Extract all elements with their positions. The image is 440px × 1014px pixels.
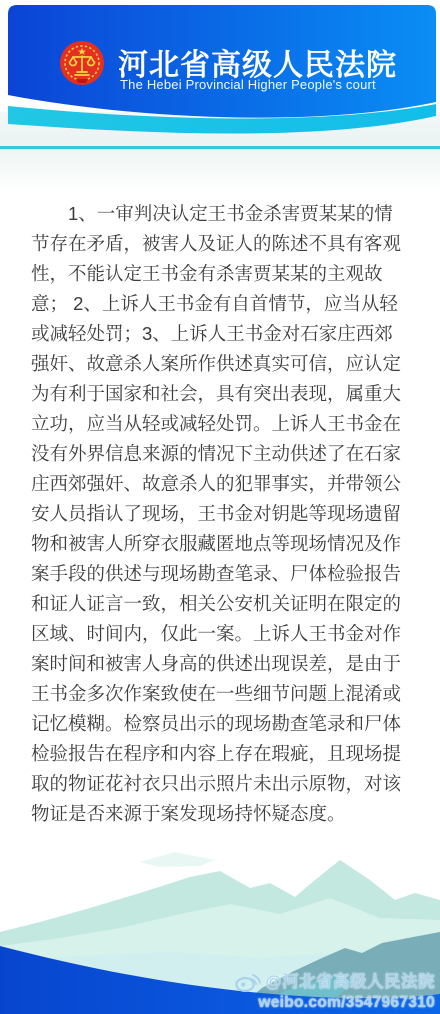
paragraph-line: 案手段的供述与现场勘查笔录、尸体检验报告 (31, 559, 427, 589)
paragraph-line: 1、一审判决认定王书金杀害贾某某的情 (31, 199, 427, 229)
paragraph-line: 庄西郊强奸、故意杀人的犯罪事实，并带领公 (31, 469, 427, 499)
paragraph-line: 为有利于国家和社会，具有突出表现，属重大 (31, 379, 427, 409)
announcement-paragraph: 1、一审判决认定王书金杀害贾某某的情 节存在矛盾，被害人及证人的陈述不具有客观 … (31, 199, 427, 829)
header-fade (0, 149, 440, 197)
weibo-watermark: @河北省高级人民法院 weibo.com/3547967310 (235, 972, 435, 1012)
paragraph-line: 节存在矛盾，被害人及证人的陈述不具有客观 (31, 229, 427, 259)
distant-ridge (140, 852, 215, 867)
watermark-handle: @河北省高级人民法院 (265, 973, 435, 992)
paragraph-line: 物证是否来源于案发现场持怀疑态度。 (31, 799, 427, 829)
court-emblem-icon (58, 39, 106, 87)
court-subtitle: The Hebei Provincial Higher People's cou… (120, 77, 430, 92)
paragraph-line: 没有外界信息来源的情况下主动供述了在石家 (31, 439, 427, 469)
paragraph-line: 物和被害人所穿衣服藏匿地点等现场情况及作 (31, 529, 427, 559)
paragraph-line: 或减轻处罚；3、上诉人王书金对石家庄西郊 (31, 319, 427, 349)
weibo-court-announcement-image: 河北省高级人民法院 The Hebei Provincial Higher Pe… (0, 0, 440, 1014)
paragraph-line: 安人员指认了现场，王书金对钥匙等现场遗留 (31, 499, 427, 529)
header-divider-line (0, 146, 440, 149)
paragraph-line: 取的物证花衬衣只出示照片未出示原物，对该 (31, 769, 427, 799)
paragraph-line: 性，不能认定王书金有杀害贾某某的主观故 (31, 259, 427, 289)
paragraph-line: 记忆模糊。检察员出示的现场勘查笔录和尸体 (31, 709, 427, 739)
watermark-url: weibo.com/3547967310 (235, 993, 435, 1012)
paragraph-line: 意； 2、上诉人王书金有自首情节，应当从轻 (31, 289, 427, 319)
paragraph-line: 检验报告在程序和内容上存在瑕疵，且现场提 (31, 739, 427, 769)
paragraph-line: 强奸、故意杀人案所作供述真实可信，应认定 (31, 349, 427, 379)
paragraph-line: 立功，应当从轻或减轻处罚。上诉人王书金在 (31, 409, 427, 439)
paragraph-line: 区域、时间内，仅此一案。上诉人王书金对作 (31, 619, 427, 649)
weibo-logo-icon (235, 972, 261, 992)
paragraph-line: 王书金多次作案致使在一些细节问题上混淆或 (31, 679, 427, 709)
paragraph-line: 案时间和被害人身高的供述出现误差，是由于 (31, 649, 427, 679)
paragraph-line: 和证人证言一致，相关公安机关证明在限定的 (31, 589, 427, 619)
